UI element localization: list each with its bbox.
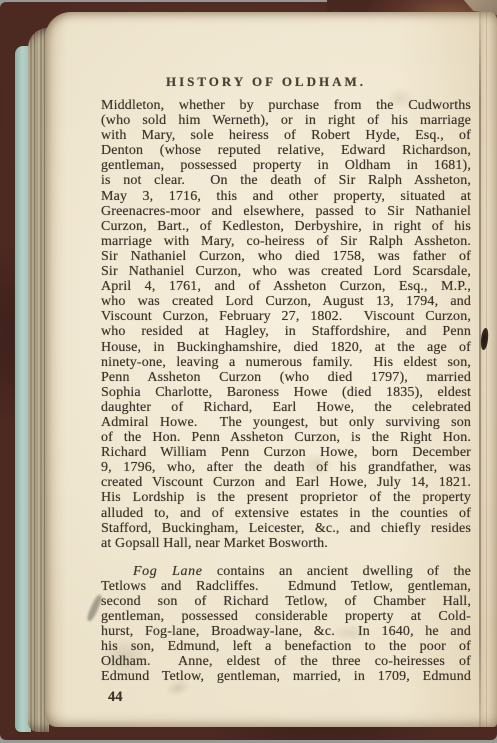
text-line: Sir Nathaniel Curzon, who was created Lo… — [101, 264, 471, 279]
text-line: Tetlows and Radcliffes. Edmund Tetlow, g… — [101, 579, 471, 594]
text-line: Admiral Howe. The youngest, but only sur… — [101, 415, 471, 430]
page-number: 44 — [108, 689, 123, 706]
text-line: Denton (whose reputed relative, Edward R… — [101, 143, 471, 158]
paragraph-lines: Middleton, whether by purchase from the … — [101, 98, 471, 536]
text-line-last: at Gopsall Hall, near Market Bosworth. — [101, 536, 471, 551]
text-line: of the Hon. Penn Assheton Curzon, is the… — [101, 430, 471, 445]
text-block: Middleton, whether by purchase from the … — [101, 98, 471, 685]
text-line: Greenacres-moor and elsewhere, passed to… — [101, 204, 471, 219]
text-line: hurst, Fog-lane, Broadway-lane, &c. In 1… — [101, 624, 471, 639]
text-line: Richard William Penn Curzon Howe, born D… — [101, 445, 471, 460]
text-line: with Mary, sole heiress of Robert Hyde, … — [101, 128, 471, 143]
text-line: ninety-one, leaving a numerous family. H… — [101, 355, 471, 370]
text-line: Edmund Tetlow, gentleman, married, in 17… — [101, 669, 471, 684]
text-line: Stafford, Buckingham, Leicester, &c., an… — [101, 521, 471, 536]
book-scan: HISTORY OF OLDHAM. Middleton, whether by… — [0, 0, 497, 743]
text-line: marriage with Mary, co-heiress of Sir Ra… — [101, 234, 471, 249]
next-page-edge-line — [486, 12, 487, 727]
text-line: created Viscount Curzon and Earl Howe, J… — [101, 475, 471, 490]
text-line: gentleman, possessed property in Oldham … — [101, 158, 471, 173]
text-line: May 3, 1716, this and other property, si… — [101, 189, 471, 204]
text-line: His Lordship is the present proprietor o… — [101, 490, 471, 505]
text-line: House, in Buckinghamshire, died 1820, at… — [101, 340, 471, 355]
text-line: April 4, 1761, and of Assheton Curzon, E… — [101, 279, 471, 294]
text-line-rest: contains an ancient dwelling of the — [203, 564, 471, 579]
text-line-first: Fog Lane contains an ancient dwelling of… — [101, 564, 471, 579]
text-line: alluded to, and of extensive estates in … — [101, 506, 471, 521]
text-line: Viscount Curzon, February 27, 1802. Visc… — [101, 309, 471, 324]
text-line: daughter of Richard, Earl Howe, the cele… — [101, 400, 471, 415]
text-line: Sir Nathaniel Curzon, who died 1758, was… — [101, 249, 471, 264]
text-line: second son of Richard Tetlow, of Chamber… — [101, 594, 471, 609]
text-line: gentleman, possessed considerable proper… — [101, 609, 471, 624]
running-header: HISTORY OF OLDHAM. — [101, 74, 431, 90]
book-page: HISTORY OF OLDHAM. Middleton, whether by… — [45, 12, 497, 727]
text-line: Middleton, whether by purchase from the … — [101, 98, 471, 113]
place-name-italic: Fog Lane — [133, 564, 203, 579]
paragraph-lines: Tetlows and Radcliffes. Edmund Tetlow, g… — [101, 579, 471, 685]
text-line: his son, Edmund, left a benefaction to t… — [101, 639, 471, 654]
text-line: 9, 1796, who, after the death of his gra… — [101, 460, 471, 475]
text-line: Curzon, Bart., of Kedleston, Derbyshire,… — [101, 219, 471, 234]
text-line: Penn Assheton Curzon (who died 1797), ma… — [101, 370, 471, 385]
text-line: who resided at Hagley, in Staffordshire,… — [101, 324, 471, 339]
text-line: Oldham. Anne, eldest of the three co-hei… — [101, 654, 471, 669]
text-line: (who sold him Werneth), or in right of h… — [101, 113, 471, 128]
text-line: who was created Lord Curzon, August 13, … — [101, 294, 471, 309]
paragraph-curzon: Middleton, whether by purchase from the … — [101, 98, 471, 551]
text-line: is not clear. On the death of Sir Ralph … — [101, 173, 471, 188]
page-gutter-line — [479, 12, 481, 727]
text-line: Sophia Charlotte, Baroness Howe (died 18… — [101, 385, 471, 400]
paragraph-fog-lane: Fog Lane contains an ancient dwelling of… — [101, 564, 471, 685]
page-edge-shade — [481, 12, 497, 727]
